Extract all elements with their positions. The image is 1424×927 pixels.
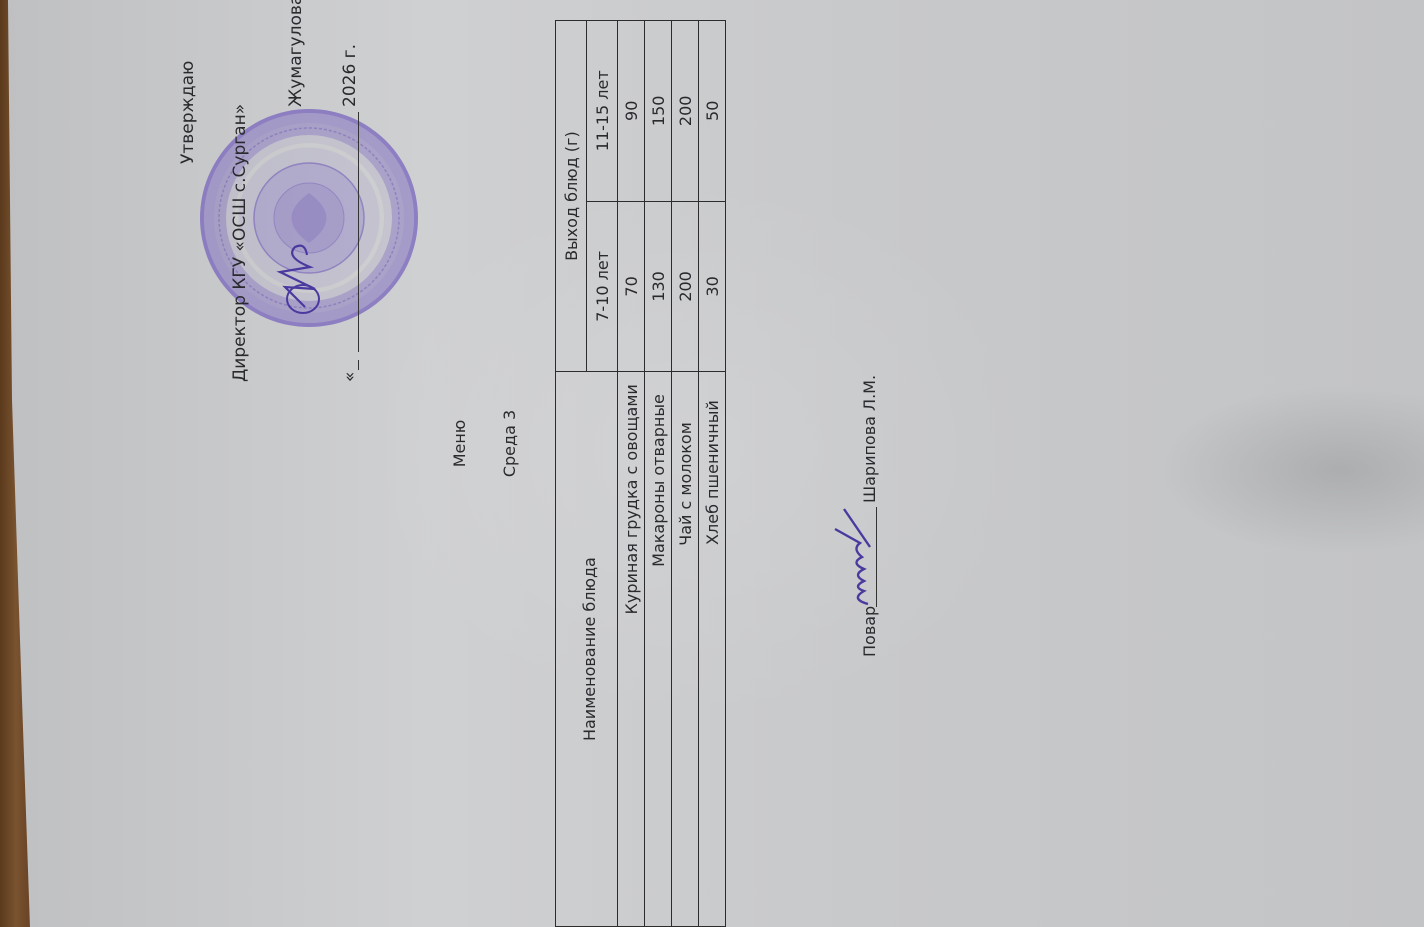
dish-name: Макароны отварные [645,372,672,927]
menu-document-page: Утверждаю Директор КГУ «ОСШ с.Сурган» Жу… [30,0,1424,927]
table-row: Куриная грудка с овощами 70 90 [618,21,645,927]
table-row: Хлеб пшеничный 30 50 [699,21,726,927]
yield-11-15: 90 [618,21,645,202]
director-position: Директор КГУ «ОСШ с.Сурган» [232,104,249,382]
table-header-row: Наименование блюда Выход блюд (г) [556,21,587,927]
yield-11-15: 50 [699,21,726,202]
header-age-11-15: 11-15 лет [587,21,618,202]
yield-11-15: 200 [672,21,699,202]
date-day-blank [358,360,359,370]
director-signature-icon [265,227,325,317]
cook-signature-icon [830,499,880,609]
dish-name: Чай с молоком [672,372,699,927]
approve-label: Утверждаю [180,61,197,164]
document-title: Меню [450,0,469,907]
menu-day: Среда 3 [500,0,519,907]
menu-table: Наименование блюда Выход блюд (г) 7-10 л… [555,20,726,927]
header-yield: Выход блюд (г) [556,21,587,372]
yield-7-10: 130 [645,201,672,372]
yield-7-10: 200 [672,201,699,372]
table-row: Чай с молоком 200 200 [672,21,699,927]
yield-11-15: 150 [645,21,672,202]
yield-7-10: 70 [618,201,645,372]
date-year: 2026 г. [342,44,359,107]
date-month-blank [358,112,359,352]
date-open-quote: « [342,372,359,382]
dish-name: Хлеб пшеничный [699,372,726,927]
cook-name: Шарипова Л.М. [860,375,879,503]
dish-name: Куриная грудка с овощами [618,372,645,927]
cook-label: Повар [860,606,879,657]
header-age-7-10: 7-10 лет [587,201,618,372]
table-row: Макароны отварные 130 150 [645,21,672,927]
yield-7-10: 30 [699,201,726,372]
director-name: Жумагулова С.А. [288,0,305,107]
header-dish-name: Наименование блюда [556,372,618,927]
